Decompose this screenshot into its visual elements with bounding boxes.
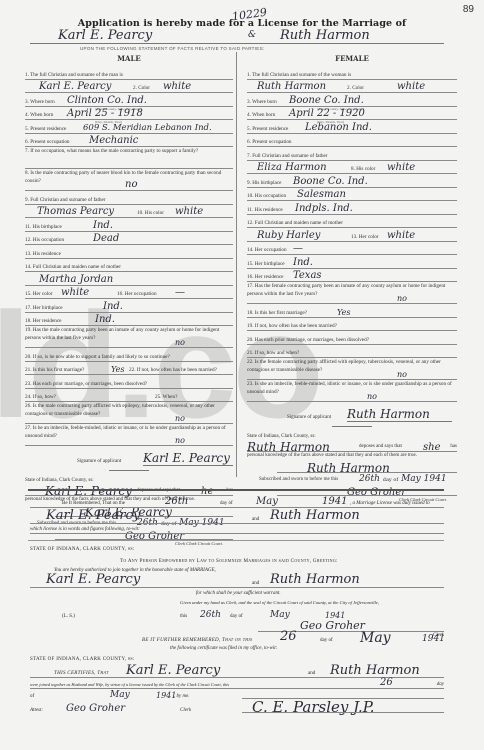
female-q12-row: 12. Full Christian and maiden name of mo… [247,215,457,229]
field-label: Clerk [180,708,191,713]
field-label: 8. His color [351,166,375,172]
field-label: 21. Is this his first marriage? [25,367,84,373]
female-q18-answer: Yes [337,308,350,317]
groom-name: Karl E. Pearcy [58,28,152,43]
sworn-year: 1941 [424,474,447,484]
female-residence: Lebanon Ind. [305,122,372,133]
female-father-birthplace-row: 9. His birthplace Boone Co. Ind. [247,174,457,188]
female-father-color: white [387,162,415,173]
field-label: 23. Is she an imbecile, feeble-minded, i… [247,381,457,396]
female-mother-occupation: — [293,243,303,254]
field-label: 17. Has the female contracting party bee… [247,283,457,298]
remembrance-year: 1941 [322,496,347,507]
field-label: 18. Her residence [25,318,61,324]
clerk-signature: Geo Groher [125,533,184,540]
column-divider [236,52,237,477]
remembrance-groom: Karl E. Pearcy [46,508,140,523]
deponent-signature-line: Ruth Harmon [277,459,457,473]
section-divider [28,489,444,491]
female-father-residence: Indpls. Ind. [295,203,353,214]
field-label: , a Marriage License was duly issued to [350,501,430,506]
female-q17-answer: no [397,294,407,303]
male-birthplace-row: 3. Where born Clinton Co. Ind. (Town, Co… [25,93,233,107]
field-label: and [252,517,259,522]
field-label: has [450,443,457,450]
field-label: deposes and says that [359,443,402,450]
field-label: day of [320,638,333,643]
male-q26-answer: no [175,414,185,423]
license-bride: Ruth Harmon [270,572,360,587]
field-label: 23. Has each prior marriage, or marriage… [25,381,147,387]
male-father-color: white [175,206,203,217]
female-color: white [397,81,425,92]
certificate-month: May [110,690,130,700]
field-label: 9. His birthplace [247,180,281,186]
field-label: Be It Remembered, That on the [62,501,125,506]
deponent-pronoun: she [423,444,441,451]
field-label: and [308,671,315,676]
affidavit-state: State of Indiana, Clark County, ss: [247,433,457,440]
page-number: 89 [463,4,474,15]
field-label: 11. His residence [247,207,283,213]
male-mother-residence: Ind. [95,314,115,325]
field-label: Signature of applicant [77,459,121,464]
female-signature: Ruth Harmon [347,407,452,422]
field-label: 20. Has each prior marriage, or marriage… [247,337,369,343]
field-label: 3. Where born [247,99,277,105]
male-father-occupation-row: 12. His occupation Dead [25,232,233,246]
female-q19-row: 19. If not, how often has she been marri… [247,318,457,332]
field-label: day [437,682,444,687]
male-mother-residence-row: 18. Her residence Ind. [25,313,233,327]
male-father-occupation: Dead [93,233,119,244]
deponent-name: Ruth Harmon [247,444,330,451]
male-q27-answer: no [175,436,185,445]
marriage-license-document: 89 10229 Application is hereby made for … [0,0,484,750]
field-label: which license is in words and figures fo… [30,527,140,532]
field-label: 24. If so, how? [25,394,56,400]
field-label: 4. When born [25,112,53,118]
sworn-month: May [401,474,421,484]
field-label: 14. Her occupation [247,247,287,253]
male-color: white [163,81,191,92]
male-q8-answer: no [125,179,137,190]
field-label: day of [383,477,398,483]
divider [109,470,149,471]
certificate-clerk-signature: Geo Groher [66,703,125,714]
male-mother-occupation: — [175,287,185,298]
license-clerk-signature: Geo Groher [300,619,365,632]
female-father-birthplace: Boone Co. Ind. [293,176,368,187]
field-label: 13. His residence [25,251,61,257]
female-q23-answer: no [367,392,377,401]
field-label: and [252,581,259,586]
female-q21-row: 21. If so, how and when? [247,345,457,359]
field-label: 27. Is he an imbecile, feeble-minded, id… [25,425,233,440]
field-label: 11. His birthplace [25,224,62,230]
female-q23-row: 23. Is she an imbecile, feeble-minded, i… [247,380,457,402]
certificate-day: 26 [380,677,393,688]
male-q1: 1. The full Christian and surname of the… [25,66,233,80]
field-label: 25. When? [155,394,177,400]
further-day: 26 [280,629,297,644]
male-q24-row: 24. If so, how? 25. When? [25,389,233,403]
female-birthplace-row: 3. Where born Boone Co. Ind. (Town, Coun… [247,93,457,107]
male-q9-row: 9. Full Christian and surname of father [25,191,233,205]
field-label: 4. When born [247,112,275,118]
male-father-residence-row: 13. His residence [25,245,233,259]
field-label: 22. If not, how often has he been marrie… [129,367,217,373]
field-label: 2. Color [133,85,150,91]
male-mother-birthplace-row: 17. Her birthplace Ind. [25,299,233,313]
license-groom: Karl E. Pearcy [46,572,140,587]
female-q7-row: 7. Full Christian and surname of father [247,147,457,161]
field-label: 19. If not, how often has she been marri… [247,323,337,329]
license-greeting: To Any Person Empowered by Law to Solemn… [30,558,444,568]
female-signature-row: Signature of applicant Ruth Harmon [247,404,457,422]
license-date-line: (L. S.) this 26th day of May 1941 [30,608,444,620]
female-affidavit: State of Indiana, Clark County, ss: Ruth… [247,433,457,503]
license-warrant: for which shall be your sufficient warra… [30,588,444,598]
male-column: MALE 1. The full Christian and surname o… [25,54,233,547]
female-birthplace: Boone Co. Ind. [289,95,364,106]
male-name: Karl E. Pearcy [39,81,111,92]
field-label: 13. Her color [351,234,379,240]
deponent-signature: Ruth Harmon [307,465,390,472]
female-father-row: Eliza Harmon 8. His color white [247,161,457,175]
female-column: FEMALE 1. The full Christian and surname… [247,54,457,503]
certificate-joined-line: were joined together as Husband and Wife… [30,678,444,689]
field-label: this [180,614,187,619]
female-q18-row: 18. Is this her first marriage? Yes [247,304,457,318]
male-occupation-row: 6. Present occupation Mechanic [25,134,233,148]
female-occupation-row: 6. Present occupation [247,134,457,148]
male-father-row: Thomas Pearcy 10. His color white [25,205,233,219]
female-q20-row: 20. Has each prior marriage, or marriage… [247,331,457,345]
field-label: day of [230,614,243,619]
field-label: , by me. [174,694,190,699]
female-heading: FEMALE [247,54,457,63]
certificate-names-line: THIS CERTIFIES, That Karl E. Pearcy and … [30,664,444,678]
field-label: 5. Present residence [247,126,288,132]
female-mother-name: Ruby Harley [257,230,320,241]
field-label: 7. Full Christian and surname of father [247,153,328,159]
male-q27-row: 27. Is he an imbecile, feeble-minded, id… [25,424,233,446]
male-birthdate-row: 4. When born April 25 - 1918 (Day, Month… [25,107,233,121]
male-residence-row: 5. Present residence 609 S. Meridian Leb… [25,120,233,134]
remembrance-following-line: which license is in words and figures fo… [30,524,444,534]
female-father-residence-row: 11. His residence Indpls. Ind. [247,201,457,215]
field-label: 1. The full Christian and surname of the… [25,72,123,78]
field-label: 21. If so, how and when? [247,350,299,356]
names-connector: & [248,30,256,40]
field-label: 15. Her birthplace [247,261,285,267]
female-mother-birthplace: Ind. [293,257,313,268]
remembrance-month: May [256,496,278,507]
female-mother-residence-row: 16. Her residence Texas [247,269,457,283]
remembrance-day: 26th [165,496,188,507]
field-label: 18. Is this her first marriage? [247,310,307,316]
license-month: May [270,610,290,620]
field-label: 26. Is the male contracting party afflic… [25,403,233,418]
applicant-names-line: Karl E. Pearcy & Ruth Harmon [30,30,444,44]
field-label: THIS CERTIFIES, That [54,670,109,676]
male-q26-row: 26. Is the male contracting party afflic… [25,402,233,424]
remembrance-bride: Ruth Harmon [270,508,360,523]
certificate-section: STATE OF INDIANA, CLARK COUNTY, ss: THIS… [30,656,444,714]
male-q21-answer: Yes [111,365,124,374]
field-label: day of [220,501,233,506]
female-father-occupation: Salesman [297,189,346,200]
male-mother-color: white [61,287,89,298]
male-father-name: Thomas Pearcy [37,206,114,217]
male-q19-row: 19. Has the male contracting party been … [25,326,233,348]
further-month: May [360,630,391,646]
further-year: 1941 [422,634,445,644]
field-label: 10. His occupation [247,193,286,199]
field-label: 6. Present occupation [25,139,70,145]
female-q1: 1. The full Christian and surname of the… [247,66,457,80]
field-label: 10. His color [137,210,164,216]
field-label: 20. If so, is he now able to support a f… [25,354,170,360]
section-divider [28,540,444,541]
license-state: STATE OF INDIANA, CLARK COUNTY, ss: [30,546,444,558]
remembrance-names-line: Karl E. Pearcy and Ruth Harmon [30,508,444,524]
male-heading: MALE [25,54,233,63]
sworn-day: 26th [359,474,380,484]
male-q19-answer: no [175,338,185,347]
officiant-signature-line [242,712,444,713]
affidavit-state: State of Indiana, Clark County, ss: [25,477,233,484]
female-q22-row: 22. Is the female contracting party affl… [247,358,457,380]
further-date-line: BE IT FURTHER REMEMBERED, That on this 2… [30,632,444,644]
male-residence: 609 S. Meridian Lebanon Ind. [83,123,212,133]
certificate-attest-line: Attest: Geo Groher Clerk C. E. Parsley J… [30,700,444,714]
male-q8-row: 8. Is the male contracting party of near… [25,169,233,191]
female-mother-occupation-row: 14. Her occupation — [247,242,457,256]
male-q21-row: 21. Is this his first marriage? Yes 22. … [25,362,233,376]
field-label: Subscribed and sworn to before me this [259,476,338,483]
field-label: 15. Her color [25,291,53,297]
female-name: Ruth Harmon [257,81,326,92]
license-section: STATE OF INDIANA, CLARK COUNTY, ss: To A… [30,546,444,632]
male-occupation: Mechanic [89,135,138,146]
field-label: 2. Color [347,85,364,91]
field-label: 17. Her birthplace [25,305,63,311]
remembrance-section: Be It Remembered, That on the 26th day o… [30,496,444,534]
female-father-occupation-row: 10. His occupation Salesman [247,188,457,202]
field-label: BE IT FURTHER REMEMBERED, That on this [142,637,252,643]
male-q20-row: 20. If so, is he now able to support a f… [25,348,233,362]
further-section: BE IT FURTHER REMEMBERED, That on this 2… [30,632,444,654]
female-q22-answer: no [397,370,407,379]
field-label: 6. Present occupation [247,139,292,145]
female-q17-row: 17. Has the female contracting party bee… [247,282,457,304]
male-birthplace: Clinton Co. Ind. [67,95,147,106]
statement-subtitle: UPON THE FOLLOWING STATEMENT OF FACTS RE… [80,46,264,51]
field-label: 16. Her occupation [117,291,157,297]
license-given: Given under my hand as Clerk, and the se… [30,598,444,608]
male-q23-row: 23. Has each prior marriage, or marriage… [25,375,233,389]
female-birthdate-row: 4. When born April 22 - 1920 (Day, Month… [247,107,457,121]
female-mother-birthplace-row: 15. Her birthplace Ind. [247,255,457,269]
female-mother-residence: Texas [293,270,322,281]
field-label: 9. Full Christian and surname of father [25,197,106,203]
female-birthdate: April 22 - 1920 [289,108,365,119]
certificate-bride: Ruth Harmon [330,663,420,678]
field-label: 19. Has the male contracting party been … [25,327,233,342]
certificate-joined-text: were joined together as Husband and Wife… [30,682,229,687]
field-label: 12. His occupation [25,237,64,243]
female-mother-color: white [387,230,415,241]
field-label: 12. Full Christian and maiden name of mo… [247,220,343,226]
field-label: 7. If no occupation, what means has the … [25,148,233,156]
field-label: 1. The full Christian and surname of the… [247,72,351,78]
license-day: 26th [200,610,221,620]
male-father-birthplace: Ind. [93,220,113,231]
female-mother-row: Ruby Harley 13. Her color white [247,228,457,242]
field-label: 16. Her residence [247,274,283,280]
field-label: of [30,694,34,699]
officiant-signature: C. E. Parsley J.P. [252,698,375,716]
field-label: 3. Where born [25,99,55,105]
certificate-month-line: of May 1941 , by me. [30,689,444,700]
male-father-birthplace-row: 11. His birthplace Ind. [25,218,233,232]
male-signature-row: Signature of applicant Karl E. Pearcy [25,448,233,466]
field-label: 5. Present residence [25,126,66,132]
field-label: 14. Full Christian and maiden name of mo… [25,264,121,270]
sworn-line: Subscribed and sworn to before me this 2… [247,473,457,484]
field-label: 22. Is the female contracting party affl… [247,359,457,374]
male-q7-row: 7. If no occupation, what means has the … [25,147,233,169]
male-mother-row: Martha Jordan [25,272,233,286]
bride-name: Ruth Harmon [280,28,370,43]
male-mother-color-row: 15. Her color white 16. Her occupation — [25,286,233,300]
female-residence-row: 5. Present residence Lebanon Ind. [247,120,457,134]
seal-label: (L. S.) [62,614,75,619]
deponent-line: Ruth Harmon deposes and says that she ha… [247,440,457,452]
male-q14-row: 14. Full Christian and maiden name of mo… [25,259,233,273]
female-father-name: Eliza Harmon [257,162,327,173]
sworn-date: 26th day of May 1941 [359,476,447,484]
male-name-row: Karl E. Pearcy 2. Color white [25,80,233,94]
field-label: Signature of applicant [287,415,331,420]
license-names-line: Karl E. Pearcy and Ruth Harmon [30,574,444,588]
female-name-row: Ruth Harmon 2. Color white [247,80,457,94]
certificate-groom: Karl E. Pearcy [126,663,220,678]
male-birthdate: April 25 - 1918 [67,108,143,119]
male-mother-name: Martha Jordan [39,274,113,285]
remembrance-date-line: Be It Remembered, That on the 26th day o… [30,496,444,508]
male-signature: Karl E. Pearcy [143,451,233,466]
divider [332,426,372,427]
field-label: Attest: [30,708,43,713]
male-mother-birthplace: Ind. [103,301,123,312]
